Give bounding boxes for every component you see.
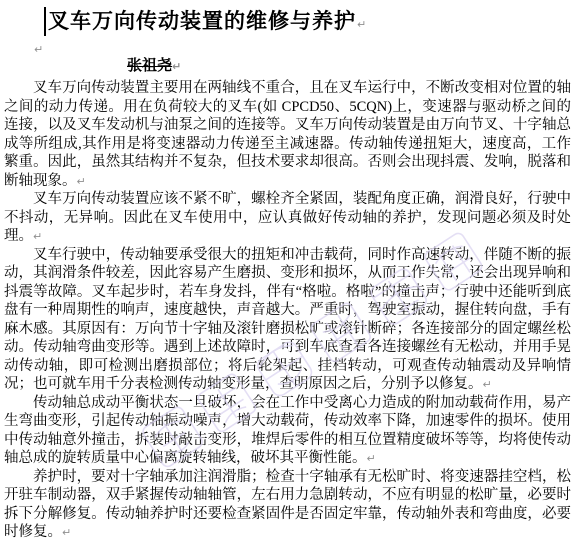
body-paragraph: 叉车行驶中，传动轴要承受很大的扭矩和冲击载荷，同时作高速转动，伴随不断的振动，其… <box>4 246 571 394</box>
author-line: 张祖尧↵ <box>0 57 575 76</box>
body-paragraph: 叉车万向传动装置应该不紧不旷，螺栓齐全紧固，装配角度正确，润滑良好，行驶中不抖动… <box>4 190 571 246</box>
text-cursor <box>44 7 46 36</box>
paragraph-mark-icon: ↵ <box>77 176 86 187</box>
paragraph-text: 传动轴总成动平衡状态一旦破坏，会在工作中受离心力造成的附加动载荷作用，易产生弯曲… <box>4 395 571 467</box>
paragraph-text: 养护时，要对十字轴承加注润滑脂；检查十字轴承有无松旷时、将变速器挂空档，松开驻车… <box>4 469 571 538</box>
body-paragraph: 叉车万向传动装置主要用在两轴线不重合，且在叉车运行中，不断改变相对位置的轴之间的… <box>4 79 571 190</box>
author-name: 张祖尧 <box>127 58 172 74</box>
paragraph-mark-icon: ↵ <box>357 19 366 30</box>
paragraph-mark-icon: ↵ <box>172 60 181 73</box>
document-page: 叉车万向传动装置的维修与养护 ↵ ↵ 张祖尧↵ 叉车万向传动装置主要用在两轴线不… <box>0 0 575 538</box>
paragraph-mark-icon: ↵ <box>33 231 42 242</box>
paragraph-mark-icon: ↵ <box>483 379 492 390</box>
paragraph-mark-icon: ↵ <box>367 453 376 464</box>
body-paragraph: 传动轴总成动平衡状态一旦破坏，会在工作中受离心力造成的附加动载荷作用，易产生弯曲… <box>4 394 571 468</box>
paragraph-text: 叉车万向传动装置应该不紧不旷，螺栓齐全紧固，装配角度正确，润滑良好，行驶中不抖动… <box>4 191 571 244</box>
document-body: 叉车万向传动装置主要用在两轴线不重合，且在叉车运行中，不断改变相对位置的轴之间的… <box>0 76 575 538</box>
paragraph-mark-icon: ↵ <box>62 527 71 538</box>
title-line: 叉车万向传动装置的维修与养护 ↵ <box>0 0 575 40</box>
paragraph-text: 叉车行驶中，传动轴要承受很大的扭矩和冲击载荷，同时作高速转动，伴随不断的振动，其… <box>4 247 571 393</box>
paragraph-mark-icon: ↵ <box>34 43 43 56</box>
document-title: 叉车万向传动装置的维修与养护 <box>48 6 356 36</box>
empty-line: ↵ <box>0 40 575 57</box>
paragraph-text: 叉车万向传动装置主要用在两轴线不重合，且在叉车运行中，不断改变相对位置的轴之间的… <box>4 80 571 189</box>
body-paragraph: 养护时，要对十字轴承加注润滑脂；检查十字轴承有无松旷时、将变速器挂空档，松开驻车… <box>4 468 571 538</box>
